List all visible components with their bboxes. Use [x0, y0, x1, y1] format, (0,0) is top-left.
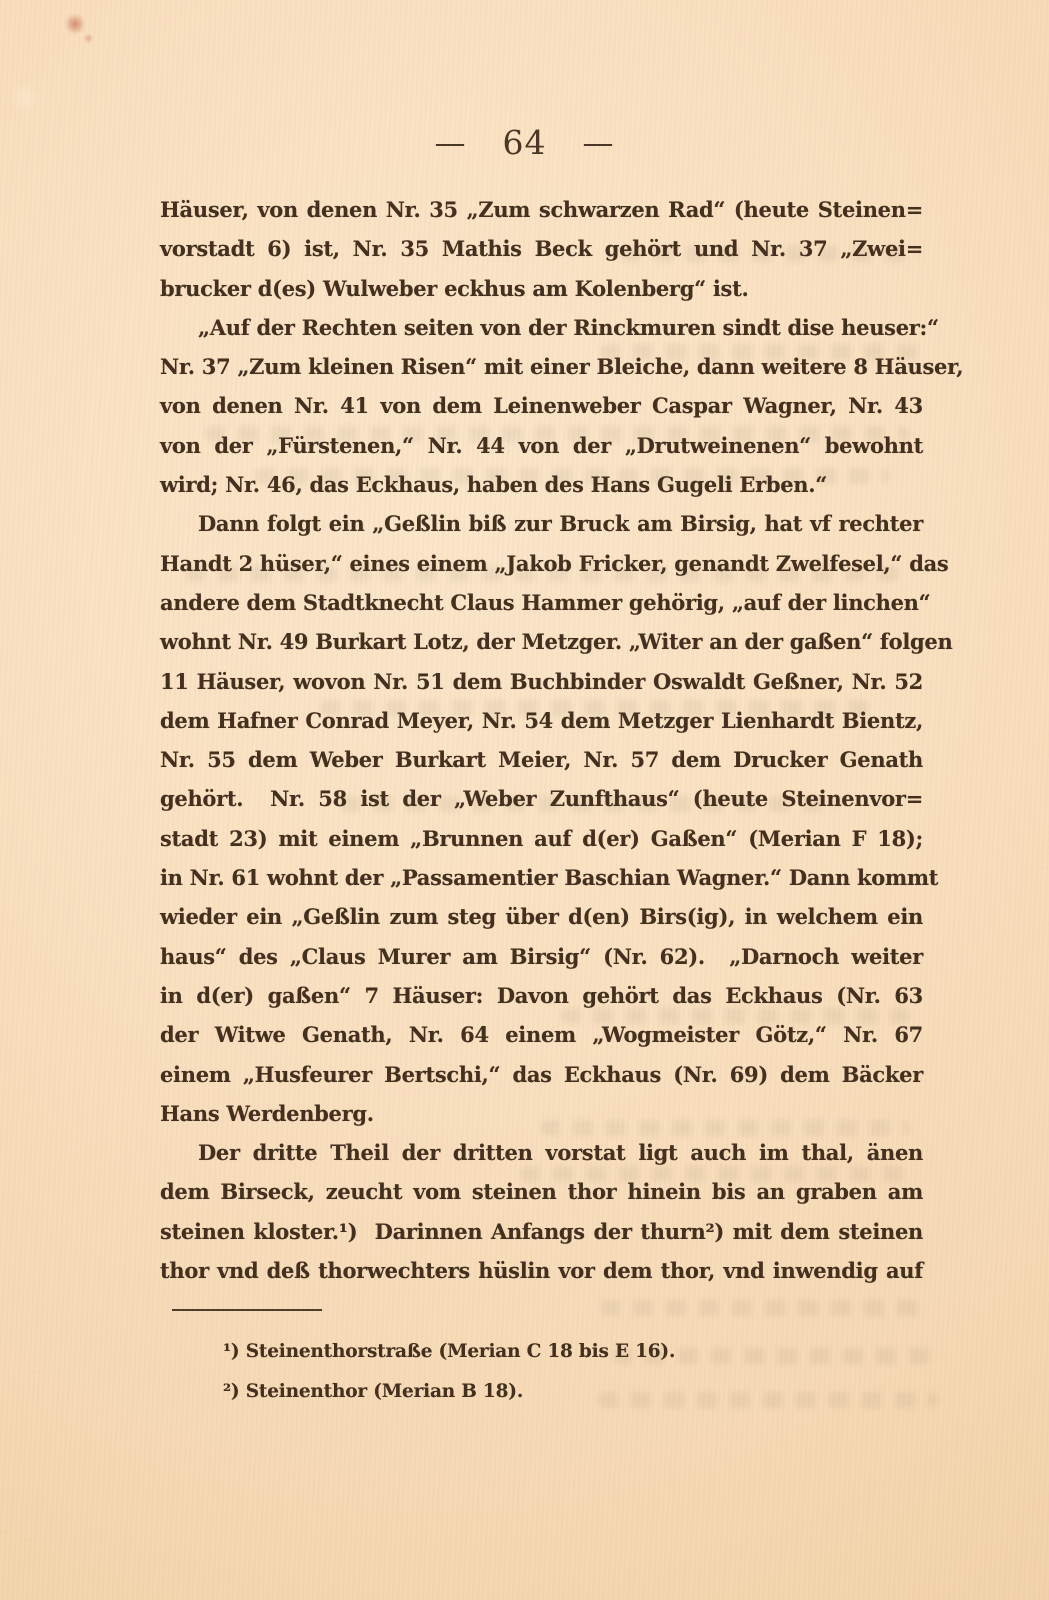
text-line: „Auf der Rechten seiten von der Rinckmur… — [160, 308, 923, 347]
text-line: stadt 23) mit einem „Brunnen auf d(er) G… — [160, 819, 923, 858]
text-line: der Witwe Genath, Nr. 64 einem „Wogmeist… — [160, 1015, 923, 1054]
text-line: von denen Nr. 41 von dem Leinenweber Cas… — [160, 386, 923, 425]
footnote-line: ²) Steinenthor (Merian B 18). — [223, 1372, 675, 1412]
footnote-divider — [172, 1309, 322, 1311]
footnotes: ¹) Steinenthorstraße (Merian C 18 bis E … — [223, 1332, 675, 1412]
paragraph: Häuser, von denen Nr. 35 „Zum schwarzen … — [160, 190, 923, 308]
text-line: haus“ des „Claus Murer am Birsig“ (Nr. 6… — [160, 937, 923, 976]
text-line: dem Birseck, zeucht vom steinen thor hin… — [160, 1172, 923, 1211]
text-line: vorstadt 6) ist, Nr. 35 Mathis Beck gehö… — [160, 229, 923, 268]
book-page: — 64 — Häuser, von denen Nr. 35 „Zum sch… — [0, 0, 1049, 1600]
text-line: Nr. 37 „Zum kleinen Risen“ mit einer Ble… — [160, 347, 923, 386]
paper-stain — [84, 34, 93, 43]
paragraph: Der dritte Theil der dritten vorstat lig… — [160, 1133, 923, 1290]
text-line: Häuser, von denen Nr. 35 „Zum schwarzen … — [160, 190, 923, 229]
text-line: einem „Husfeurer Bertschi,“ das Eckhaus … — [160, 1055, 923, 1094]
footnote-line: ¹) Steinenthorstraße (Merian C 18 bis E … — [223, 1332, 675, 1372]
text-line: Handt 2 hüser,“ eines einem „Jakob Frick… — [160, 544, 923, 583]
text-line: steinen kloster.¹) Darinnen Anfangs der … — [160, 1212, 923, 1251]
page-header: — 64 — — [0, 121, 1049, 165]
text-line: wird; Nr. 46, das Eckhaus, haben des Han… — [160, 465, 923, 504]
paragraph: „Auf der Rechten seiten von der Rinckmur… — [160, 308, 923, 504]
text-line: Der dritte Theil der dritten vorstat lig… — [160, 1133, 923, 1172]
text-line: in Nr. 61 wohnt der „Passamentier Baschi… — [160, 858, 923, 897]
text-line: in d(er) gaßen“ 7 Häuser: Davon gehört d… — [160, 976, 923, 1015]
bleedthrough-smudge — [600, 1300, 930, 1316]
page-number: 64 — [503, 121, 547, 165]
text-line: gehört. Nr. 58 ist der „Weber Zunfthaus“… — [160, 779, 923, 818]
text-line: brucker d(es) Wulweber eckhus am Kolenbe… — [160, 269, 923, 308]
text-line: von der „Fürstenen,“ Nr. 44 von der „Dru… — [160, 426, 923, 465]
text-line: andere dem Stadtknecht Claus Hammer gehö… — [160, 583, 923, 622]
paper-stain — [10, 86, 40, 110]
text-line: thor vnd deß thorwechters hüslin vor dem… — [160, 1251, 923, 1290]
body-text: Häuser, von denen Nr. 35 „Zum schwarzen … — [160, 190, 923, 1290]
header-right-dash: — — [583, 121, 615, 165]
text-line: wieder ein „Geßlin zum steg über d(en) B… — [160, 897, 923, 936]
text-line: Dann folgt ein „Geßlin biß zur Bruck am … — [160, 504, 923, 543]
text-line: Nr. 55 dem Weber Burkart Meier, Nr. 57 d… — [160, 740, 923, 779]
paper-stain — [66, 12, 84, 36]
text-line: wohnt Nr. 49 Burkart Lotz, der Metzger. … — [160, 622, 923, 661]
paragraph: Dann folgt ein „Geßlin biß zur Bruck am … — [160, 504, 923, 1133]
text-line: dem Hafner Conrad Meyer, Nr. 54 dem Metz… — [160, 701, 923, 740]
text-line: 11 Häuser, wovon Nr. 51 dem Buchbinder O… — [160, 662, 923, 701]
text-line: Hans Werdenberg. — [160, 1094, 923, 1133]
header-left-dash: — — [435, 121, 467, 165]
